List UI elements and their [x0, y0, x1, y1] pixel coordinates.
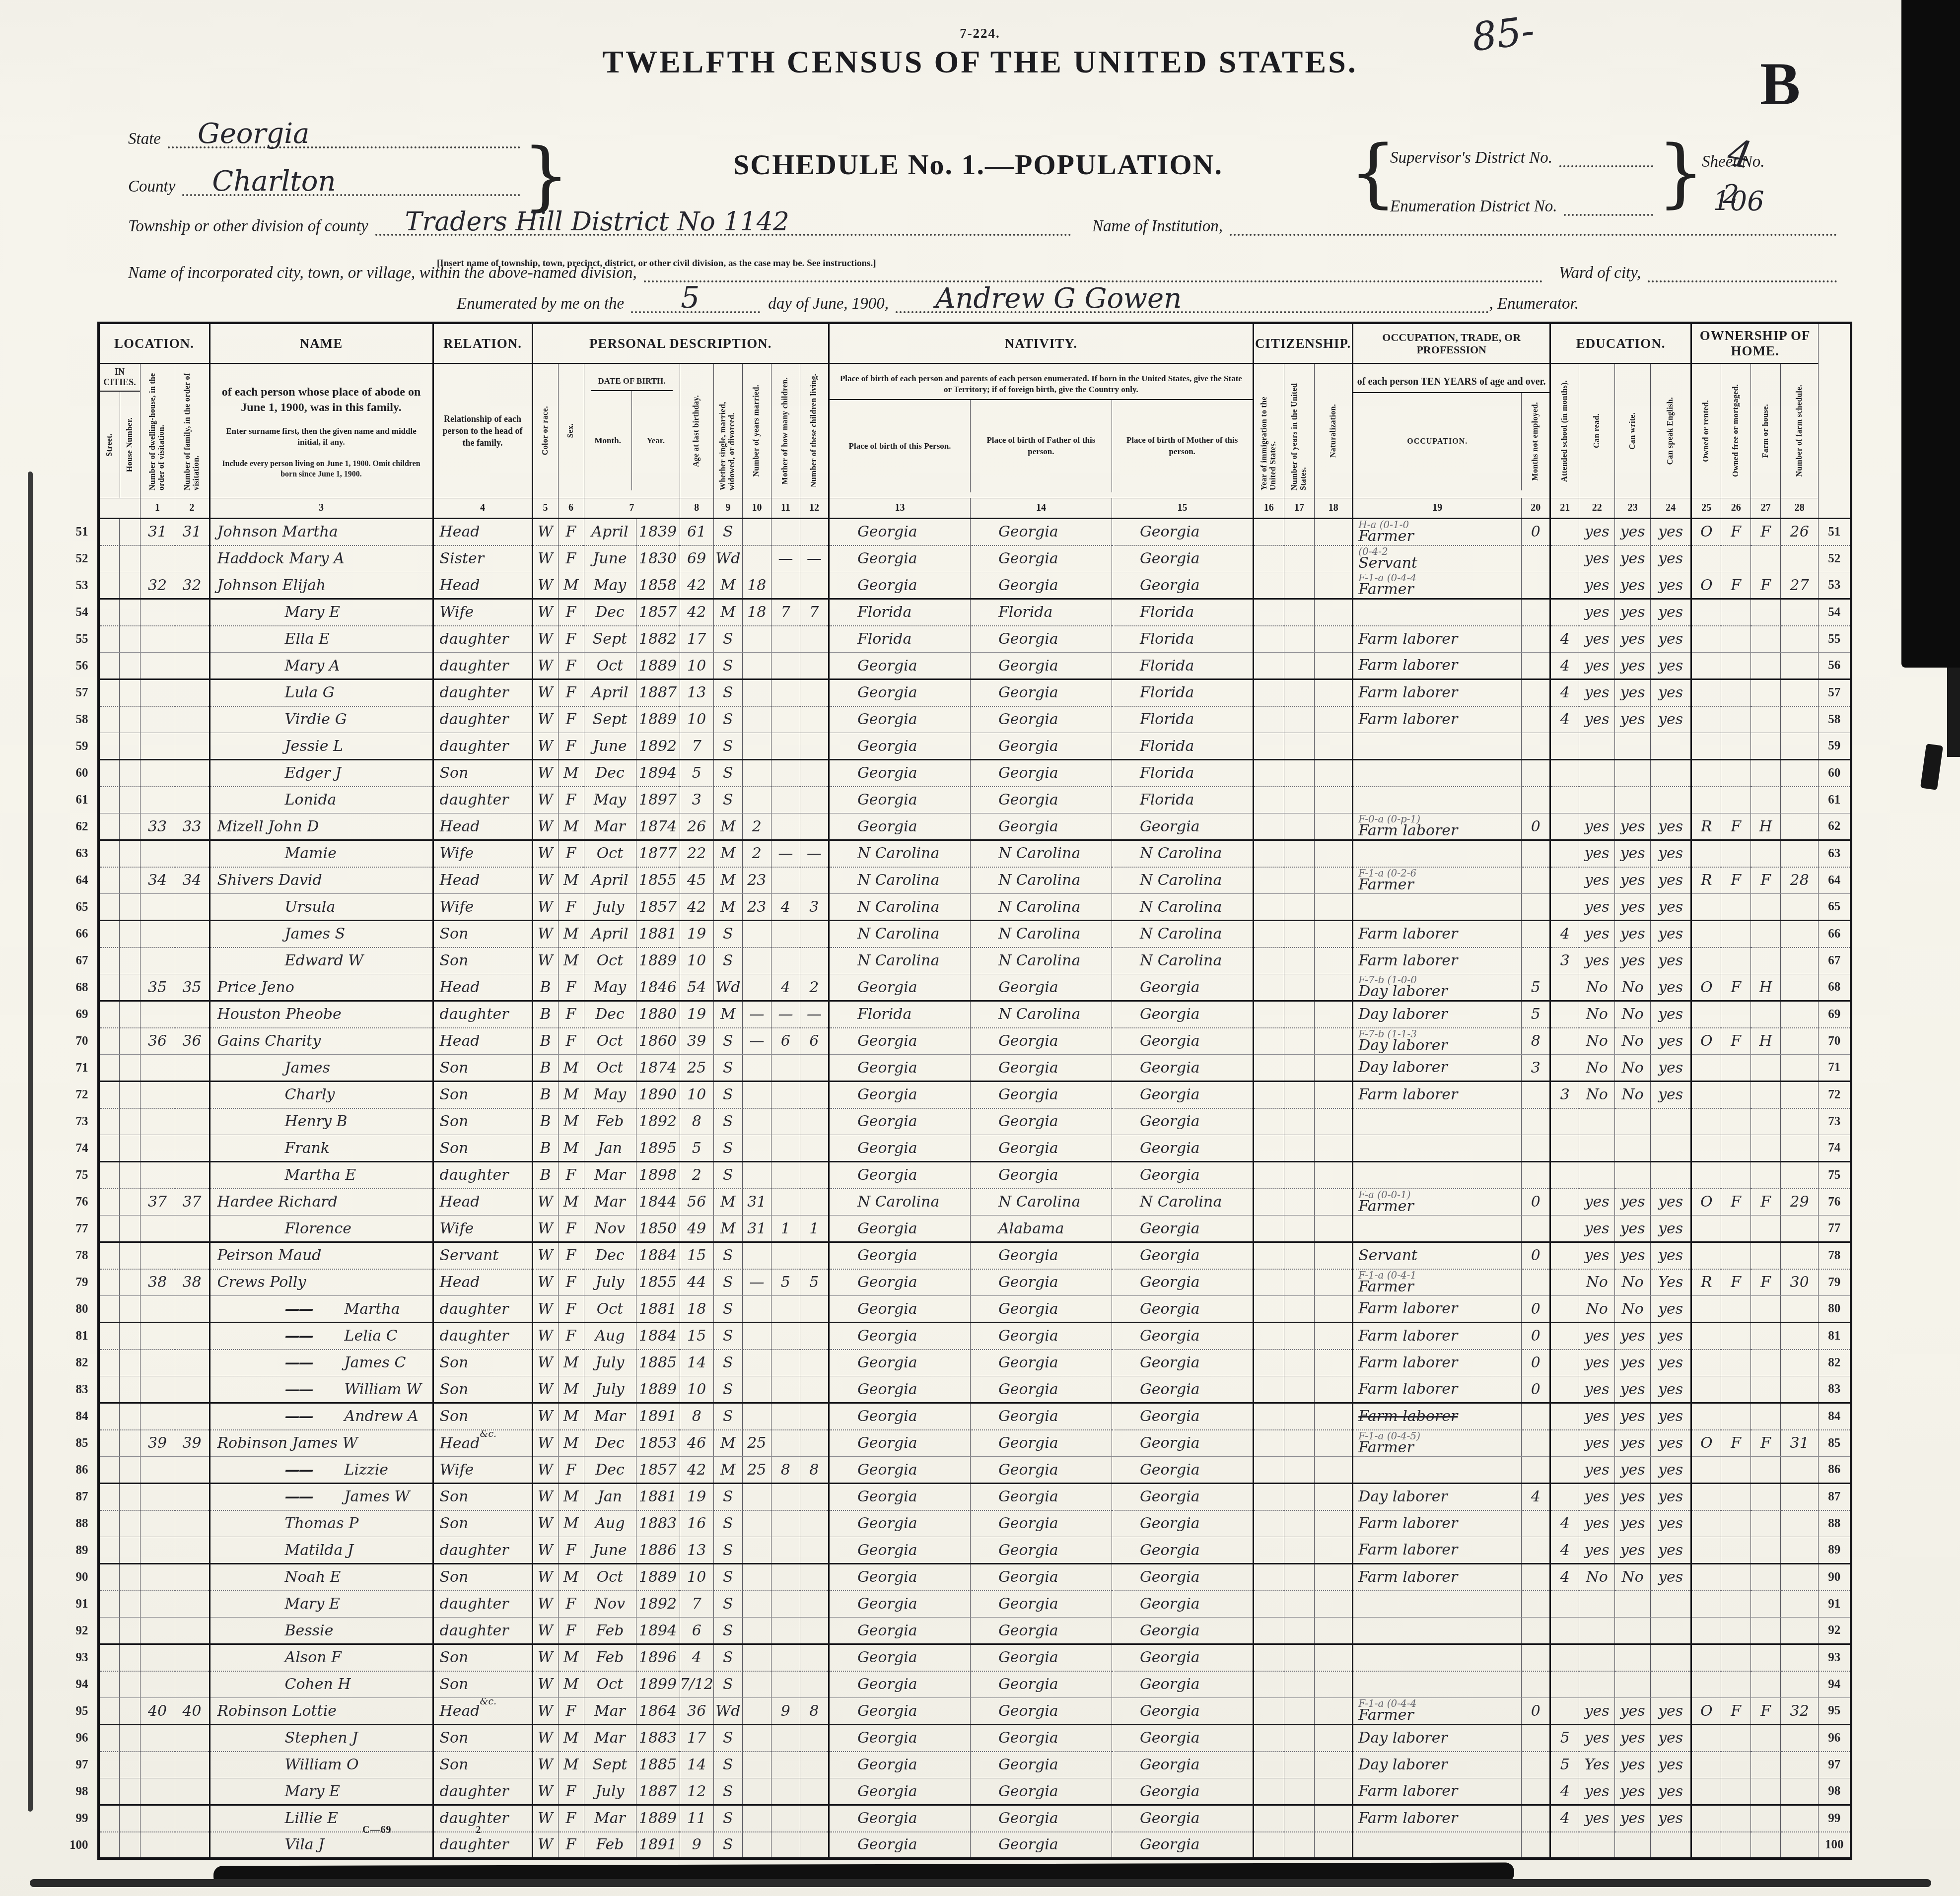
cell-family-number	[175, 1350, 210, 1376]
cell-naturalization	[1315, 1671, 1353, 1698]
cell-place-of-birth: Georgia	[829, 1216, 970, 1242]
cell-farm-or-house: F	[1751, 867, 1781, 894]
cell-years-in-us	[1284, 733, 1315, 760]
cell-family-number	[175, 787, 210, 813]
cell-attended-school	[1550, 1644, 1579, 1671]
cell-farm-or-house	[1751, 679, 1781, 706]
cell-home-free-mortgaged	[1721, 1216, 1751, 1242]
cell-mother-of-children	[771, 572, 800, 599]
cell-age: 22	[680, 840, 713, 867]
cell-house-number	[119, 1135, 140, 1162]
cell-can-write: yes	[1615, 1698, 1651, 1725]
cell-street	[98, 653, 119, 679]
cell-house-number	[119, 1564, 140, 1591]
line-number-left: 56	[69, 653, 98, 679]
cell-home-owned-rented	[1691, 1001, 1721, 1028]
cell-father-birthplace: Georgia	[970, 1028, 1112, 1055]
cell-mother-birthplace: Georgia	[1112, 1832, 1253, 1859]
cell-house-number	[119, 1537, 140, 1564]
cell-home-free-mortgaged	[1721, 1082, 1751, 1108]
scan-artifact-right-band	[1901, 0, 1960, 668]
cell-mother-birthplace: Florida	[1112, 760, 1253, 787]
cell-place-of-birth: Georgia	[829, 1162, 970, 1189]
cell-farm-or-house	[1751, 1403, 1781, 1430]
cell-farm-schedule-number	[1781, 1591, 1819, 1618]
line-number-left: 53	[69, 572, 98, 599]
cell-dwelling-number	[140, 1671, 175, 1698]
cell-months-not-employed: 0	[1522, 1698, 1550, 1725]
enumerator-label: , Enumerator.	[1489, 295, 1579, 313]
cell-mother-of-children: 4	[771, 894, 800, 921]
cell-street	[98, 1832, 119, 1859]
line-number-right: 69	[1819, 1001, 1851, 1028]
cell-attended-school	[1550, 813, 1579, 840]
cell-home-owned-rented	[1691, 921, 1721, 948]
cell-home-free-mortgaged: F	[1721, 1430, 1751, 1457]
cell-father-birthplace: Georgia	[970, 1752, 1112, 1778]
cell-months-not-employed: 5	[1522, 974, 1550, 1001]
cell-father-birthplace: Georgia	[970, 1055, 1112, 1082]
cell-years-in-us	[1284, 1162, 1315, 1189]
cell-can-write: yes	[1615, 1778, 1651, 1805]
cell-place-of-birth: Georgia	[829, 1055, 970, 1082]
cell-family-number: 32	[175, 572, 210, 599]
cell-home-owned-rented	[1691, 1082, 1721, 1108]
cell-dwelling-number	[140, 1591, 175, 1618]
group-education: EDUCATION.	[1550, 323, 1691, 364]
cell-immigration-year	[1253, 1376, 1284, 1403]
cell-speak-english: yes	[1651, 653, 1691, 679]
cell-children-living	[800, 1296, 829, 1323]
cell-street	[98, 1644, 119, 1671]
cell-birth-month: Feb	[584, 1618, 636, 1644]
cell-home-free-mortgaged: F	[1721, 1189, 1751, 1216]
cell-farm-or-house	[1751, 1296, 1781, 1323]
cell-father-birthplace: Georgia	[970, 1618, 1112, 1644]
cell-immigration-year	[1253, 1752, 1284, 1778]
cell-children-living	[800, 1591, 829, 1618]
cell-immigration-year	[1253, 760, 1284, 787]
cell-sex: M	[558, 1135, 584, 1162]
cell-immigration-year	[1253, 1403, 1284, 1430]
cell-father-birthplace: Georgia	[970, 733, 1112, 760]
cell-birth-year: 1886	[636, 1537, 680, 1564]
cell-home-free-mortgaged: F	[1721, 572, 1751, 599]
cell-father-birthplace: Georgia	[970, 1725, 1112, 1752]
cell-can-read: yes	[1579, 1216, 1615, 1242]
cell-relation: Servant	[433, 1242, 532, 1269]
cell-birth-year: 1839	[636, 519, 680, 545]
cell-attended-school: 4	[1550, 921, 1579, 948]
cell-dwelling-number	[140, 599, 175, 626]
line-number-left: 54	[69, 599, 98, 626]
cell-marital-status: M	[713, 813, 742, 840]
cell-years-in-us	[1284, 760, 1315, 787]
cell-can-read: yes	[1579, 1242, 1615, 1269]
col-family-header: Number of family, in the order of visita…	[175, 363, 210, 498]
census-rows: 513131Johnson MarthaHeadWFApril183961SGe…	[69, 519, 1851, 1859]
line-number-right: 67	[1819, 948, 1851, 974]
cell-years-married	[742, 1350, 771, 1376]
cell-place-of-birth: Georgia	[829, 519, 970, 545]
cell-naturalization	[1315, 1001, 1353, 1028]
cell-street	[98, 1082, 119, 1108]
cell-sex: F	[558, 1832, 584, 1859]
cell-naturalization	[1315, 1350, 1353, 1376]
cell-attended-school: 4	[1550, 653, 1579, 679]
cell-color-race: B	[532, 1001, 558, 1028]
cell-age: 5	[680, 1135, 713, 1162]
cell-marital-status: S	[713, 1028, 742, 1055]
cell-name: ——James C	[210, 1350, 433, 1376]
cell-immigration-year	[1253, 653, 1284, 679]
cell-place-of-birth: Georgia	[829, 1350, 970, 1376]
line-number-left: 86	[69, 1457, 98, 1484]
cell-mother-birthplace: Georgia	[1112, 1698, 1253, 1725]
line-number-left: 89	[69, 1537, 98, 1564]
cell-street	[98, 1216, 119, 1242]
cell-marital-status: S	[713, 1135, 742, 1162]
cell-home-owned-rented	[1691, 1832, 1721, 1859]
cell-name: Lula G	[210, 679, 433, 706]
cell-farm-or-house	[1751, 626, 1781, 653]
cell-farm-schedule-number	[1781, 1108, 1819, 1135]
col-can-read-header: Can read.	[1579, 363, 1615, 498]
cell-name: William O	[210, 1752, 433, 1778]
cell-can-write	[1615, 1832, 1651, 1859]
line-number-left: 93	[69, 1644, 98, 1671]
cell-mother-birthplace: Georgia	[1112, 545, 1253, 572]
cell-years-in-us	[1284, 1350, 1315, 1376]
cell-home-owned-rented: O	[1691, 974, 1721, 1001]
cell-color-race: W	[532, 1644, 558, 1671]
line-number-left: 81	[69, 1323, 98, 1350]
cell-house-number	[119, 1644, 140, 1671]
cell-sex: F	[558, 1805, 584, 1832]
cell-immigration-year	[1253, 1135, 1284, 1162]
cell-years-in-us	[1284, 519, 1315, 545]
cell-house-number	[119, 1323, 140, 1350]
cell-dwelling-number	[140, 1403, 175, 1430]
cell-farm-or-house	[1751, 1376, 1781, 1403]
cell-age: 7/12	[680, 1671, 713, 1698]
cell-family-number: 35	[175, 974, 210, 1001]
cell-years-married: 23	[742, 867, 771, 894]
cell-color-race: W	[532, 1269, 558, 1296]
line-number-left: 91	[69, 1591, 98, 1618]
cell-can-read: yes	[1579, 894, 1615, 921]
cell-can-read: yes	[1579, 1537, 1615, 1564]
col-years-in-us-header: Number of years in the United States.	[1284, 363, 1315, 498]
cell-speak-english: yes	[1651, 1484, 1691, 1510]
cell-mother-birthplace: Georgia	[1112, 974, 1253, 1001]
cell-occupation	[1353, 1644, 1522, 1671]
cell-birth-year: 1889	[636, 948, 680, 974]
cell-home-free-mortgaged	[1721, 787, 1751, 813]
col-mother-of-header: Mother of how many children.	[771, 363, 800, 498]
cell-attended-school: 3	[1550, 1082, 1579, 1108]
cell-children-living	[800, 1135, 829, 1162]
cell-color-race: W	[532, 1618, 558, 1644]
cell-marital-status: S	[713, 760, 742, 787]
cell-years-in-us	[1284, 572, 1315, 599]
cell-mother-birthplace: Georgia	[1112, 519, 1253, 545]
cell-name: Price Jeno	[210, 974, 433, 1001]
left-brace: }	[522, 133, 569, 219]
cell-marital-status: Wd	[713, 1698, 742, 1725]
cell-speak-english	[1651, 760, 1691, 787]
line-number-left: 61	[69, 787, 98, 813]
cell-marital-status: S	[713, 1296, 742, 1323]
line-number-right: 52	[1819, 545, 1851, 572]
cell-birth-month: Dec	[584, 1430, 636, 1457]
cell-children-living	[800, 1162, 829, 1189]
cell-birth-year: 1882	[636, 626, 680, 653]
cell-speak-english: yes	[1651, 813, 1691, 840]
cell-family-number	[175, 1457, 210, 1484]
cell-marital-status: S	[713, 679, 742, 706]
cell-marital-status: S	[713, 1537, 742, 1564]
cell-years-in-us	[1284, 653, 1315, 679]
cell-mother-of-children	[771, 787, 800, 813]
cell-dwelling-number: 32	[140, 572, 175, 599]
cell-birth-year: 1883	[636, 1725, 680, 1752]
cell-speak-english: yes	[1651, 1376, 1691, 1403]
cell-can-read: No	[1579, 1082, 1615, 1108]
cell-months-not-employed	[1522, 921, 1550, 948]
cell-birth-month: Mar	[584, 1725, 636, 1752]
cell-mother-birthplace: Georgia	[1112, 1162, 1253, 1189]
line-number-left: 58	[69, 706, 98, 733]
scan-artifact-left-edge	[28, 472, 33, 1812]
cell-house-number	[119, 1832, 140, 1859]
cell-months-not-employed	[1522, 1082, 1550, 1108]
cell-place-of-birth: Georgia	[829, 1752, 970, 1778]
cell-street	[98, 519, 119, 545]
cell-sex: M	[558, 572, 584, 599]
cell-farm-or-house: F	[1751, 1430, 1781, 1457]
cell-can-write: yes	[1615, 653, 1651, 679]
cell-home-free-mortgaged: F	[1721, 1028, 1751, 1055]
cell-can-read: yes	[1579, 1430, 1615, 1457]
cell-relation: Son	[433, 1376, 532, 1403]
cell-name: Matilda J	[210, 1537, 433, 1564]
cell-mother-of-children	[771, 626, 800, 653]
cell-name: James S	[210, 921, 433, 948]
cell-father-birthplace: Georgia	[970, 1671, 1112, 1698]
cell-dwelling-number	[140, 1242, 175, 1269]
cell-age: 42	[680, 1457, 713, 1484]
cell-home-free-mortgaged	[1721, 1323, 1751, 1350]
cell-house-number	[119, 1376, 140, 1403]
cell-house-number	[119, 599, 140, 626]
cell-place-of-birth: N Carolina	[829, 948, 970, 974]
cell-house-number	[119, 1108, 140, 1135]
cell-children-living	[800, 653, 829, 679]
cell-farm-or-house	[1751, 1350, 1781, 1376]
cell-color-race: W	[532, 1752, 558, 1778]
cell-months-not-employed	[1522, 1162, 1550, 1189]
cell-age: 19	[680, 1001, 713, 1028]
cell-name: Virdie G	[210, 706, 433, 733]
cell-name: Lonida	[210, 787, 433, 813]
cell-home-owned-rented	[1691, 1108, 1721, 1135]
cell-home-free-mortgaged: F	[1721, 867, 1751, 894]
cell-immigration-year	[1253, 1162, 1284, 1189]
cell-age: 3	[680, 787, 713, 813]
cell-attended-school	[1550, 1698, 1579, 1725]
cell-attended-school	[1550, 572, 1579, 599]
cell-street	[98, 679, 119, 706]
cell-street	[98, 1403, 119, 1430]
cell-can-write	[1615, 1644, 1651, 1671]
line-number-left: 100	[69, 1832, 98, 1859]
cell-home-free-mortgaged	[1721, 626, 1751, 653]
cell-children-living	[800, 1752, 829, 1778]
cell-farm-schedule-number	[1781, 1296, 1819, 1323]
cell-immigration-year	[1253, 1430, 1284, 1457]
cell-father-birthplace: Georgia	[970, 679, 1112, 706]
cell-house-number	[119, 974, 140, 1001]
cell-dwelling-number	[140, 1484, 175, 1510]
cell-occupation: Farm laborer	[1353, 653, 1522, 679]
cell-occupation: F-7-b (1-0-0Day laborer	[1353, 974, 1522, 1001]
cell-relation: daughter	[433, 1537, 532, 1564]
cell-immigration-year	[1253, 1242, 1284, 1269]
cell-father-birthplace: Georgia	[970, 1510, 1112, 1537]
cell-home-owned-rented	[1691, 894, 1721, 921]
cell-can-read: Yes	[1579, 1752, 1615, 1778]
cell-street	[98, 760, 119, 787]
cell-house-number	[119, 1028, 140, 1055]
cell-years-in-us	[1284, 1189, 1315, 1216]
cell-attended-school: 4	[1550, 1805, 1579, 1832]
cell-years-married: 2	[742, 840, 771, 867]
cell-years-married	[742, 1242, 771, 1269]
line-number-right: 60	[1819, 760, 1851, 787]
cell-place-of-birth: Georgia	[829, 1082, 970, 1108]
line-number-left: 64	[69, 867, 98, 894]
cell-birth-month: Oct	[584, 1028, 636, 1055]
line-number-left: 94	[69, 1671, 98, 1698]
cell-family-number: 39	[175, 1430, 210, 1457]
cell-father-birthplace: Georgia	[970, 1135, 1112, 1162]
cell-can-write	[1615, 1618, 1651, 1644]
cell-birth-month: July	[584, 1778, 636, 1805]
cell-naturalization	[1315, 787, 1353, 813]
cell-home-owned-rented: O	[1691, 1189, 1721, 1216]
cell-children-living	[800, 1323, 829, 1350]
cell-occupation: Farm laborer	[1353, 1403, 1522, 1430]
cell-family-number	[175, 1055, 210, 1082]
col-can-write-header: Can write.	[1615, 363, 1651, 498]
cell-age: 8	[680, 1403, 713, 1430]
cell-birth-month: July	[584, 1269, 636, 1296]
cell-sex: F	[558, 545, 584, 572]
cell-can-read: yes	[1579, 1805, 1615, 1832]
cell-speak-english	[1651, 1591, 1691, 1618]
cell-years-married	[742, 1082, 771, 1108]
line-number-right: 76	[1819, 1189, 1851, 1216]
cell-house-number	[119, 1055, 140, 1082]
cell-age: 13	[680, 1537, 713, 1564]
cell-attended-school	[1550, 1618, 1579, 1644]
cell-mother-of-children: —	[771, 840, 800, 867]
cell-dwelling-number	[140, 1376, 175, 1403]
cell-farm-schedule-number	[1781, 1778, 1819, 1805]
cell-birth-year: 1857	[636, 1457, 680, 1484]
cell-marital-status: S	[713, 1510, 742, 1537]
cell-father-birthplace: Georgia	[970, 626, 1112, 653]
cell-home-free-mortgaged: F	[1721, 1269, 1751, 1296]
cell-house-number	[119, 813, 140, 840]
cell-birth-year: 1889	[636, 1376, 680, 1403]
cell-family-number	[175, 1242, 210, 1269]
cell-birth-year: 1874	[636, 1055, 680, 1082]
cell-home-free-mortgaged	[1721, 1671, 1751, 1698]
cell-naturalization	[1315, 974, 1353, 1001]
cell-sex: F	[558, 1698, 584, 1725]
cell-can-read: No	[1579, 1269, 1615, 1296]
cell-color-race: W	[532, 760, 558, 787]
sheet-number-label: Sheet No.	[1702, 153, 1764, 171]
cell-sex: F	[558, 706, 584, 733]
cell-color-race: W	[532, 1323, 558, 1350]
cell-birth-year: 1858	[636, 572, 680, 599]
cell-marital-status: S	[713, 1484, 742, 1510]
cell-years-married	[742, 1752, 771, 1778]
line-number-right: 86	[1819, 1457, 1851, 1484]
line-number-right: 54	[1819, 599, 1851, 626]
cell-birth-month: Dec	[584, 1001, 636, 1028]
line-number-right: 65	[1819, 894, 1851, 921]
cell-dwelling-number	[140, 894, 175, 921]
cell-street	[98, 1510, 119, 1537]
cell-sex: F	[558, 1028, 584, 1055]
cell-relation: daughter	[433, 1001, 532, 1028]
cell-children-living	[800, 1430, 829, 1457]
cell-birth-year: 1885	[636, 1752, 680, 1778]
line-number-right: 73	[1819, 1108, 1851, 1135]
line-number-right: 64	[1819, 867, 1851, 894]
cell-children-living: 6	[800, 1028, 829, 1055]
cell-years-in-us	[1284, 787, 1315, 813]
cell-immigration-year	[1253, 1564, 1284, 1591]
cell-home-owned-rented	[1691, 1805, 1721, 1832]
cell-home-owned-rented	[1691, 1591, 1721, 1618]
cell-home-owned-rented	[1691, 599, 1721, 626]
in-cities-header: IN CITIES. Street. House Number.	[98, 363, 140, 498]
cell-street	[98, 1296, 119, 1323]
line-number-right: 95	[1819, 1698, 1851, 1725]
cell-relation: Wife	[433, 1457, 532, 1484]
cell-family-number	[175, 921, 210, 948]
cell-place-of-birth: Georgia	[829, 1591, 970, 1618]
cell-sex: M	[558, 948, 584, 974]
cell-farm-or-house	[1751, 894, 1781, 921]
cell-can-read	[1579, 787, 1615, 813]
cell-color-race: W	[532, 1778, 558, 1805]
cell-house-number	[119, 545, 140, 572]
cell-attended-school: 4	[1550, 1537, 1579, 1564]
cell-name: Jessie L	[210, 733, 433, 760]
cell-place-of-birth: Georgia	[829, 733, 970, 760]
cell-color-race: B	[532, 1135, 558, 1162]
cell-home-owned-rented	[1691, 545, 1721, 572]
cell-home-free-mortgaged	[1721, 1778, 1751, 1805]
cell-marital-status: Wd	[713, 545, 742, 572]
cell-can-write: yes	[1615, 1457, 1651, 1484]
